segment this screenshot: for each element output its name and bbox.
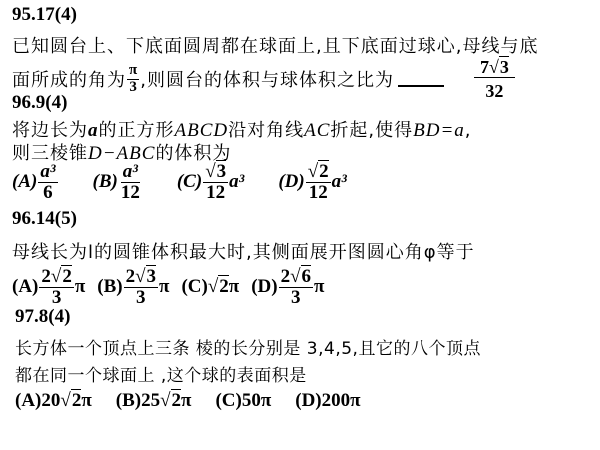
option-label: (C) [181, 276, 207, 298]
denominator: 3 [289, 288, 303, 308]
answer-blank[interactable] [398, 71, 444, 87]
option-fraction: 2√63 [279, 267, 313, 308]
denominator: 12 [307, 183, 330, 203]
option-label: (A) [12, 276, 38, 298]
problem-1-text-2: ,则圆台的体积与球体积之比为 [140, 66, 394, 92]
problem-3-number: 96.14(5) [12, 208, 77, 230]
option-b[interactable]: (B) 2√33 π [97, 267, 169, 308]
pi-symbol: π [181, 390, 191, 412]
option-label: (C) [177, 171, 202, 193]
problem-1-number: 95.17(4) [12, 4, 77, 26]
denominator: 3 [50, 288, 64, 308]
option-label: (B) [97, 276, 122, 298]
answer-coef: 7 [480, 57, 489, 77]
radicand: 3 [146, 265, 157, 287]
option-label: (A) [15, 390, 41, 412]
coef: 2 [281, 266, 291, 287]
radicand: 2 [71, 389, 82, 411]
option-d[interactable]: (D) 2√63 π [251, 267, 324, 308]
option-label: (B) [116, 390, 141, 412]
option-fraction: √312 [203, 162, 228, 203]
answer-numerator: 7√3 [474, 58, 515, 78]
sqrt-icon: √2 [60, 390, 81, 412]
radicand: 2 [318, 160, 329, 182]
pi-symbol: π [229, 276, 239, 298]
text: , [465, 120, 472, 141]
answer-fraction: 7√3 32 [474, 58, 515, 101]
option-fraction: a³6 [38, 162, 57, 203]
problem-1-text: 面所成的角为 [12, 66, 126, 92]
option-a[interactable]: (A) 2√23 π [12, 267, 85, 308]
coef: 2 [126, 266, 136, 287]
denominator: 6 [41, 183, 55, 203]
option-a[interactable]: (A)20√2π [15, 390, 92, 412]
answer-denominator: 32 [483, 78, 505, 101]
text: 沿对角线 [228, 120, 304, 141]
problem-4-line-2: 都在同一个球面上 ,这个球的表面积是 [15, 361, 307, 386]
option-label: (D) [295, 390, 321, 412]
problem-4-number: 97.8(4) [15, 306, 70, 328]
option-b[interactable]: (B) a³12 [93, 162, 143, 203]
angle-fraction: π 3 [127, 63, 139, 96]
text: 将边长为 [12, 120, 88, 141]
radicand: 2 [218, 275, 229, 297]
option-b[interactable]: (B)25√2π [116, 390, 192, 412]
angle-denominator: 3 [127, 80, 139, 96]
sqrt-icon: √2 [51, 267, 72, 287]
numerator: a³ [121, 162, 140, 183]
option-label: (D) [251, 276, 277, 298]
pi-symbol: π [159, 276, 169, 298]
sqrt-icon: √3 [489, 58, 509, 77]
option-c[interactable]: (C) √312 a³ [177, 162, 244, 203]
text: 折起,使得 [330, 120, 413, 141]
option-label: (A) [12, 171, 37, 193]
option-c[interactable]: (C)50π [215, 390, 271, 412]
pyramid-label: D−ABC [88, 143, 155, 164]
problem-4-options: (A)20√2π (B)25√2π (C)50π (D)200π [15, 390, 387, 412]
denominator: 12 [204, 183, 227, 203]
problem-2-number: 96.9(4) [12, 92, 67, 114]
radicand: 3 [499, 56, 509, 77]
option-fraction: a³12 [119, 162, 142, 203]
problem-3-line-1: 母线长为l的圆锥体积最大时,其侧面展开图圆心角φ等于 [12, 238, 475, 264]
option-value: 200π [322, 390, 361, 412]
pi-symbol: π [75, 276, 85, 298]
option-c[interactable]: (C) √2 π [181, 267, 239, 308]
option-value: 50π [242, 390, 271, 412]
problem-2-options: (A) a³6 (B) a³12 (C) √312 a³ (D) √212 a³ [12, 162, 373, 203]
sqrt-icon: √2 [208, 276, 229, 298]
denominator: 3 [134, 288, 148, 308]
problem-1-line-2: 面所成的角为 π 3 ,则圆台的体积与球体积之比为 7√3 32 [12, 58, 516, 101]
option-a[interactable]: (A) a³6 [12, 162, 59, 203]
sqrt-icon: √6 [290, 267, 311, 287]
option-fraction: √212 [306, 162, 331, 203]
angle-numerator: π [127, 63, 139, 80]
sqrt-icon: √3 [205, 162, 226, 182]
var-a: a [88, 120, 99, 141]
numerator: a³ [38, 162, 57, 183]
pi-symbol: π [314, 276, 324, 298]
sqrt-icon: √2 [160, 390, 181, 412]
coef: 20 [41, 390, 60, 412]
sqrt-icon: √3 [135, 267, 156, 287]
problem-3-options: (A) 2√23 π (B) 2√33 π (C) √2 π (D) 2√63 … [12, 267, 350, 308]
text: 的正方形 [99, 120, 175, 141]
option-d[interactable]: (D) √212 a³ [278, 162, 347, 203]
sqrt-icon: √2 [308, 162, 329, 182]
option-label: (B) [93, 171, 118, 193]
option-d[interactable]: (D)200π [295, 390, 360, 412]
radicand: 6 [301, 265, 312, 287]
diagonal-label: AC [304, 120, 330, 141]
equation: BD=a [413, 120, 465, 141]
option-fraction: 2√33 [124, 267, 158, 308]
coef: 25 [141, 390, 160, 412]
coef: 2 [41, 266, 51, 287]
radicand: 3 [216, 160, 227, 182]
pi-symbol: π [81, 390, 91, 412]
problem-1-line-1: 已知圆台上、下底面圆周都在球面上,且下底面过球心,母线与底 [12, 32, 538, 58]
radicand: 2 [171, 389, 182, 411]
problem-4-line-1: 长方体一个顶点上三条 棱的长分别是 3,4,5,且它的八个顶点 [15, 334, 481, 359]
option-label: (C) [215, 390, 241, 412]
suffix: a³ [229, 171, 244, 193]
suffix: a³ [332, 171, 347, 193]
denominator: 12 [119, 183, 142, 203]
square-label: ABCD [175, 120, 229, 141]
option-label: (D) [278, 171, 304, 193]
radicand: 2 [61, 265, 72, 287]
option-fraction: 2√23 [39, 267, 73, 308]
